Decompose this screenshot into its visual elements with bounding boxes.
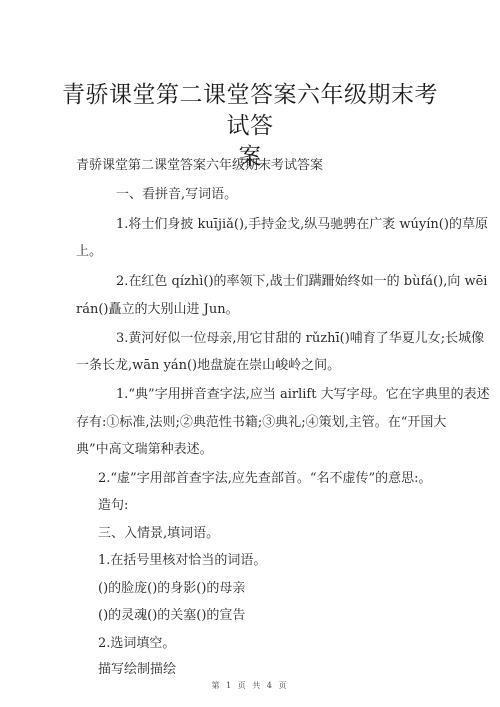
paragraph-line: 2.在红色 qízhì()的率领下,战士们蹒跚始终如一的 bùfá(),向 wē… [116, 270, 487, 289]
document-page: 青骄课堂第二课堂答案六年级期末考试答 案 青骄课堂第二课堂答案六年级期末考试答案… [0, 0, 500, 707]
title-line-1: 青骄课堂第二课堂答案六年级期末考试答 [60, 80, 440, 142]
paragraph-line: 上。 [76, 240, 102, 259]
page-footer: 第 1 页 共 4 页 [0, 680, 500, 691]
subtitle: 青骄课堂第二课堂答案六年级期末考试答案 [76, 154, 323, 173]
section-heading-3: 三、入情景,填词语。 [98, 522, 219, 541]
paragraph-line: 1.在括号里核对恰当的词语。 [98, 549, 266, 568]
paragraph-line: 1.“典”字用拼音查字法,应当 airlift 大写字母。它在字典里的表述 [116, 383, 490, 402]
paragraph-line: 一条长龙,wān yán()地盘旋在崇山峻岭之间。 [76, 354, 340, 373]
paragraph-line: ()的灵魂()的关塞()的宣告 [98, 604, 245, 623]
paragraph-line: 2.选词填空。 [98, 632, 175, 651]
paragraph-line: 存有:①标准,法则;②典范性书籍;③典礼;④策划,主管。在“开国大 [76, 411, 446, 430]
paragraph-line: 描写绘制描绘 [98, 658, 176, 677]
paragraph-line: 造句: [98, 494, 128, 513]
paragraph-line: rán()矗立的大别山进 Jun。 [76, 298, 239, 317]
paragraph-line: 1.将士们身披 kuījiǎ(),手持金戈,纵马驰骋在广袤 wúyín()的草原 [116, 213, 488, 232]
paragraph-line: ()的脸庞()的身影()的母亲 [98, 577, 245, 596]
section-heading-1: 一、看拼音,写词语。 [116, 183, 237, 202]
paragraph-line: 3.黄河好似一位母亲,用它甘甜的 rǔzhī()哺育了华夏儿女;长城像 [116, 327, 484, 346]
paragraph-line: 典”中高文瑞第种表述。 [76, 438, 213, 457]
paragraph-line: 2.“虚”字用部首查字法,应先查部首。“名不虚传”的意思:。 [98, 467, 432, 486]
